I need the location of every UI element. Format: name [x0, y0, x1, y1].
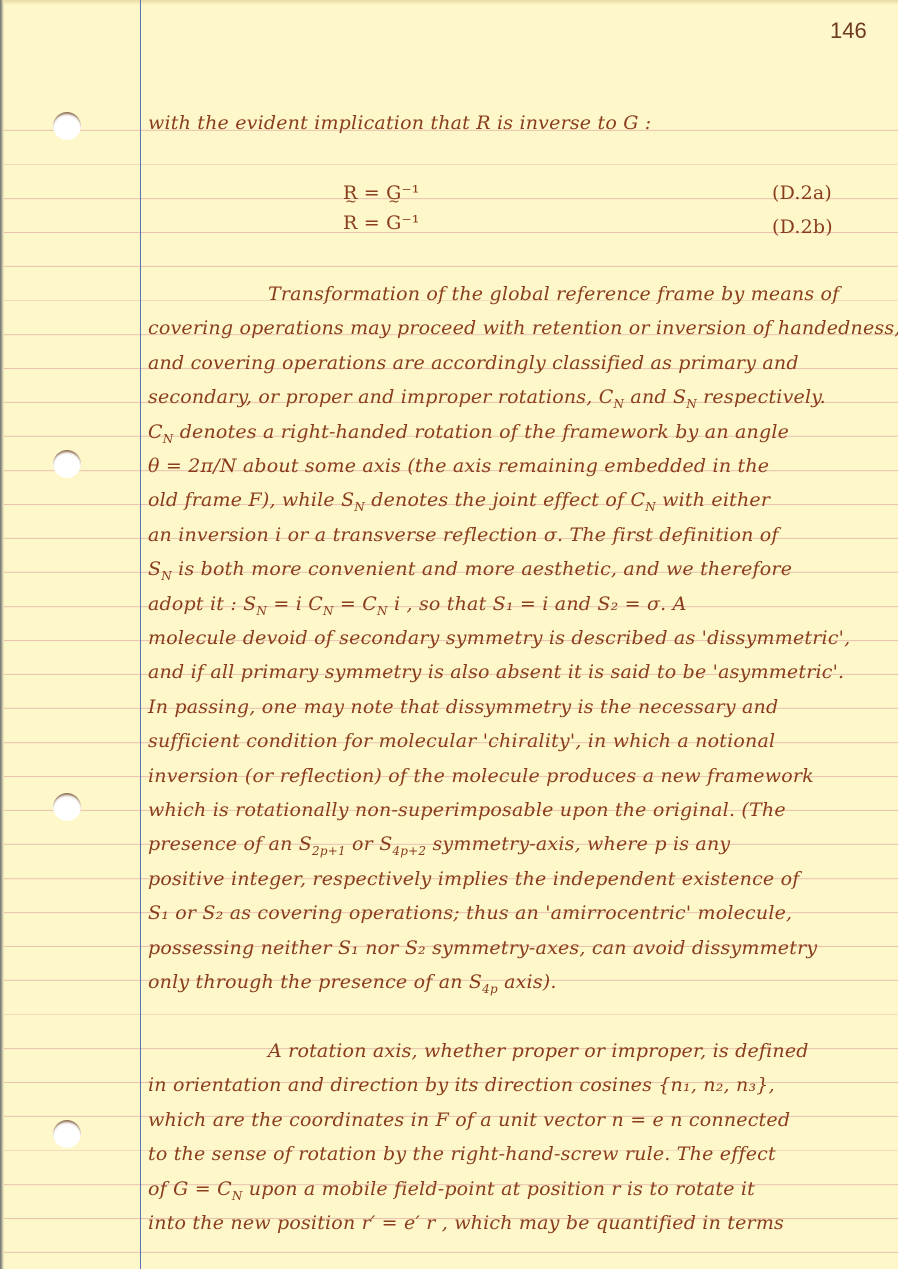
equation-rhs: G⁻¹ — [386, 182, 419, 204]
equation-label: (D.2b) — [772, 216, 833, 238]
text-line: old frame F), while SN denotes the joint… — [148, 489, 770, 514]
text-line: sufficient condition for molecular 'chir… — [148, 730, 775, 752]
margin-line — [140, 0, 141, 1269]
page-number: 146 — [830, 18, 867, 44]
text-line: inversion (or reflection) of the molecul… — [148, 765, 814, 787]
text-line: S₁ or S₂ as covering operations; thus an… — [148, 902, 792, 924]
text-line: In passing, one may note that dissymmetr… — [148, 696, 778, 718]
equation-lhs: R — [343, 182, 358, 204]
intro-line: with the evident implication that R is i… — [148, 112, 651, 134]
equation-label: (D.2a) — [772, 182, 832, 204]
text-line: adopt it : SN = i CN = CN i , so that S₁… — [148, 593, 687, 618]
notebook-page: 146 with the evident implication that R … — [0, 0, 898, 1269]
text-line: in orientation and direction by its dire… — [148, 1074, 775, 1096]
equation-d2b: R = G⁻¹ — [343, 212, 420, 234]
equation-d2a: R = G⁻¹ — [343, 182, 420, 204]
punch-hole — [53, 1120, 81, 1148]
text-line: to the sense of rotation by the right-ha… — [148, 1143, 776, 1165]
text-line: an inversion i or a transverse reflectio… — [148, 524, 779, 546]
punch-hole — [53, 112, 81, 140]
page-left-edge — [0, 0, 4, 1269]
text-line: Transformation of the global reference f… — [268, 283, 839, 305]
text-line: possessing neither S₁ nor S₂ symmetry-ax… — [148, 937, 817, 959]
text-line: of G = CN upon a mobile field-point at p… — [148, 1178, 755, 1203]
text-line: and covering operations are accordingly … — [148, 352, 799, 374]
punch-hole — [53, 450, 81, 478]
text-line: presence of an S2p+1 or S4p+2 symmetry-a… — [148, 833, 730, 858]
text-line: only through the presence of an S4p axis… — [148, 971, 557, 996]
equation-rhs: G⁻¹ — [386, 212, 419, 234]
text-line: positive integer, respectively implies t… — [148, 868, 799, 890]
text-line: A rotation axis, whether proper or impro… — [268, 1040, 809, 1062]
text-line: secondary, or proper and improper rotati… — [148, 386, 826, 411]
text-line: and if all primary symmetry is also abse… — [148, 661, 844, 683]
text-line: molecule devoid of secondary symmetry is… — [148, 627, 850, 649]
text-line: θ = 2π/N about some axis (the axis remai… — [148, 455, 769, 477]
text-line: into the new position r′ = e′ r , which … — [148, 1212, 784, 1234]
text-line: covering operations may proceed with ret… — [148, 317, 898, 339]
text-line: CN denotes a right-handed rotation of th… — [148, 421, 789, 446]
text-line: which is rotationally non-superimposable… — [148, 799, 786, 821]
page-top-edge — [0, 0, 898, 5]
equation-lhs: R — [343, 212, 358, 234]
punch-hole — [53, 793, 81, 821]
text-line: which are the coordinates in F of a unit… — [148, 1109, 790, 1131]
text-line: SN is both more convenient and more aest… — [148, 558, 792, 583]
